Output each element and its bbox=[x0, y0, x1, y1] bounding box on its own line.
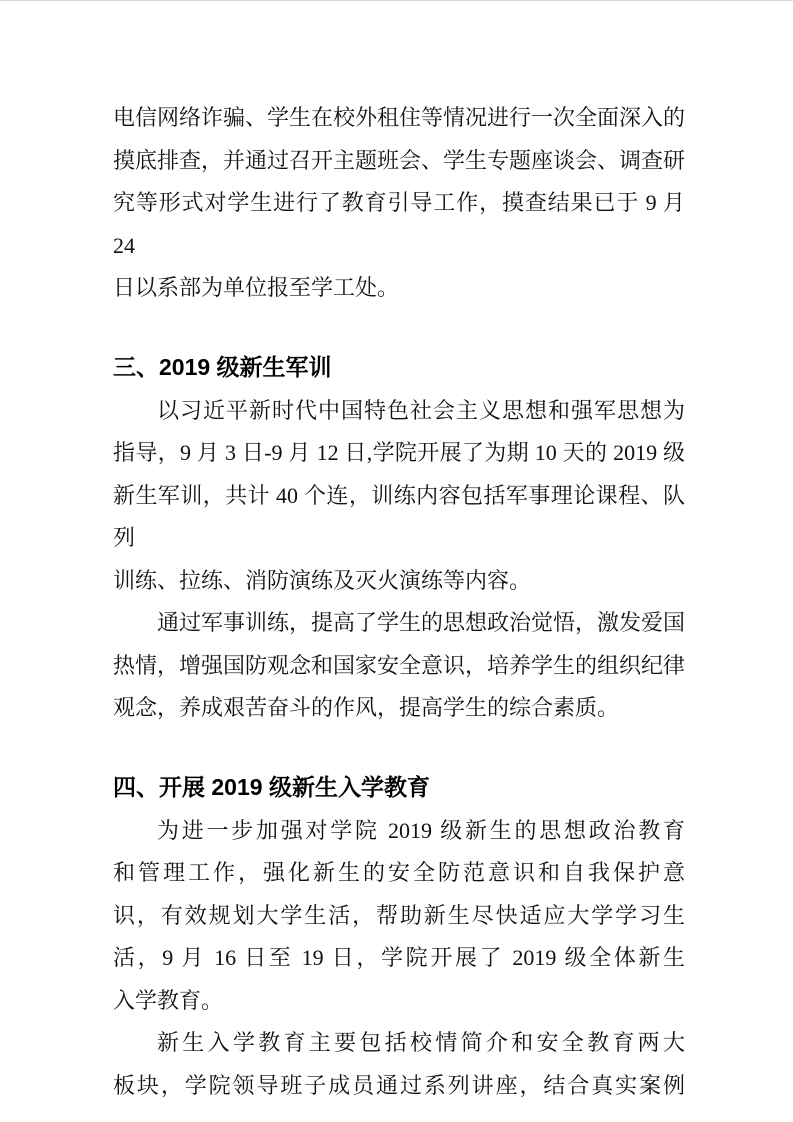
paragraph-line: 活，9 月 16 日至 19 日，学院开展了 2019 级全体新生 bbox=[113, 937, 685, 980]
paragraph-military-training-results: 通过军事训练，提高了学生的思想政治觉悟，激发爱国 热情，增强国防观念和国家安全意… bbox=[113, 602, 685, 730]
paragraph-line: 新生军训，共计 40 个连，训练内容包括军事理论课程、队列 bbox=[113, 475, 685, 560]
paragraph-line: 日以系部为单位报至学工处。 bbox=[113, 267, 685, 310]
paragraph-line: 和管理工作，强化新生的安全防范意识和自我保护意 bbox=[113, 852, 685, 895]
paragraph-line: 热情，增强国防观念和国家安全意识，培养学生的组织纪律 bbox=[113, 645, 685, 688]
paragraph-military-training-overview: 以习近平新时代中国特色社会主义思想和强军思想为 指导，9 月 3 日-9 月 1… bbox=[113, 390, 685, 603]
page-content: 电信网络诈骗、学生在校外租住等情况进行一次全面深入的 摸底排查，并通过召开主题班… bbox=[113, 97, 685, 1107]
paragraph-safety-screening: 电信网络诈骗、学生在校外租住等情况进行一次全面深入的 摸底排查，并通过召开主题班… bbox=[113, 97, 685, 310]
paragraph-line: 电信网络诈骗、学生在校外租住等情况进行一次全面深入的 bbox=[113, 97, 685, 140]
paragraph-line: 训练、拉练、消防演练及灭火演练等内容。 bbox=[113, 560, 685, 603]
paragraph-line: 为进一步加强对学院 2019 级新生的思想政治教育 bbox=[113, 810, 685, 853]
heading-section-3-military-training: 三、2019 级新生军训 bbox=[113, 344, 685, 390]
paragraph-orientation-purpose: 为进一步加强对学院 2019 级新生的思想政治教育 和管理工作，强化新生的安全防… bbox=[113, 810, 685, 1023]
paragraph-line: 观念，养成艰苦奋斗的作风，提高学生的综合素质。 bbox=[113, 687, 685, 730]
heading-section-4-orientation-education: 四、开展 2019 级新生入学教育 bbox=[113, 764, 685, 810]
document-page: 电信网络诈骗、学生在校外租住等情况进行一次全面深入的 摸底排查，并通过召开主题班… bbox=[0, 0, 793, 1122]
paragraph-line: 指导，9 月 3 日-9 月 12 日,学院开展了为期 10 天的 2019 级 bbox=[113, 432, 685, 475]
paragraph-line: 以习近平新时代中国特色社会主义思想和强军思想为 bbox=[113, 390, 685, 433]
paragraph-line: 通过军事训练，提高了学生的思想政治觉悟，激发爱国 bbox=[113, 602, 685, 645]
paragraph-orientation-content: 新生入学教育主要包括校情简介和安全教育两大 板块，学院领导班子成员通过系列讲座，… bbox=[113, 1022, 685, 1107]
paragraph-line: 入学教育。 bbox=[113, 980, 685, 1023]
paragraph-line: 识，有效规划大学生活，帮助新生尽快适应大学学习生 bbox=[113, 895, 685, 938]
paragraph-line: 摸底排查，并通过召开主题班会、学生专题座谈会、调查研 bbox=[113, 140, 685, 183]
paragraph-line: 究等形式对学生进行了教育引导工作，摸查结果已于 9 月 24 bbox=[113, 182, 685, 267]
paragraph-line: 新生入学教育主要包括校情简介和安全教育两大 bbox=[113, 1022, 685, 1065]
paragraph-line: 板块，学院领导班子成员通过系列讲座，结合真实案例 bbox=[113, 1065, 685, 1108]
